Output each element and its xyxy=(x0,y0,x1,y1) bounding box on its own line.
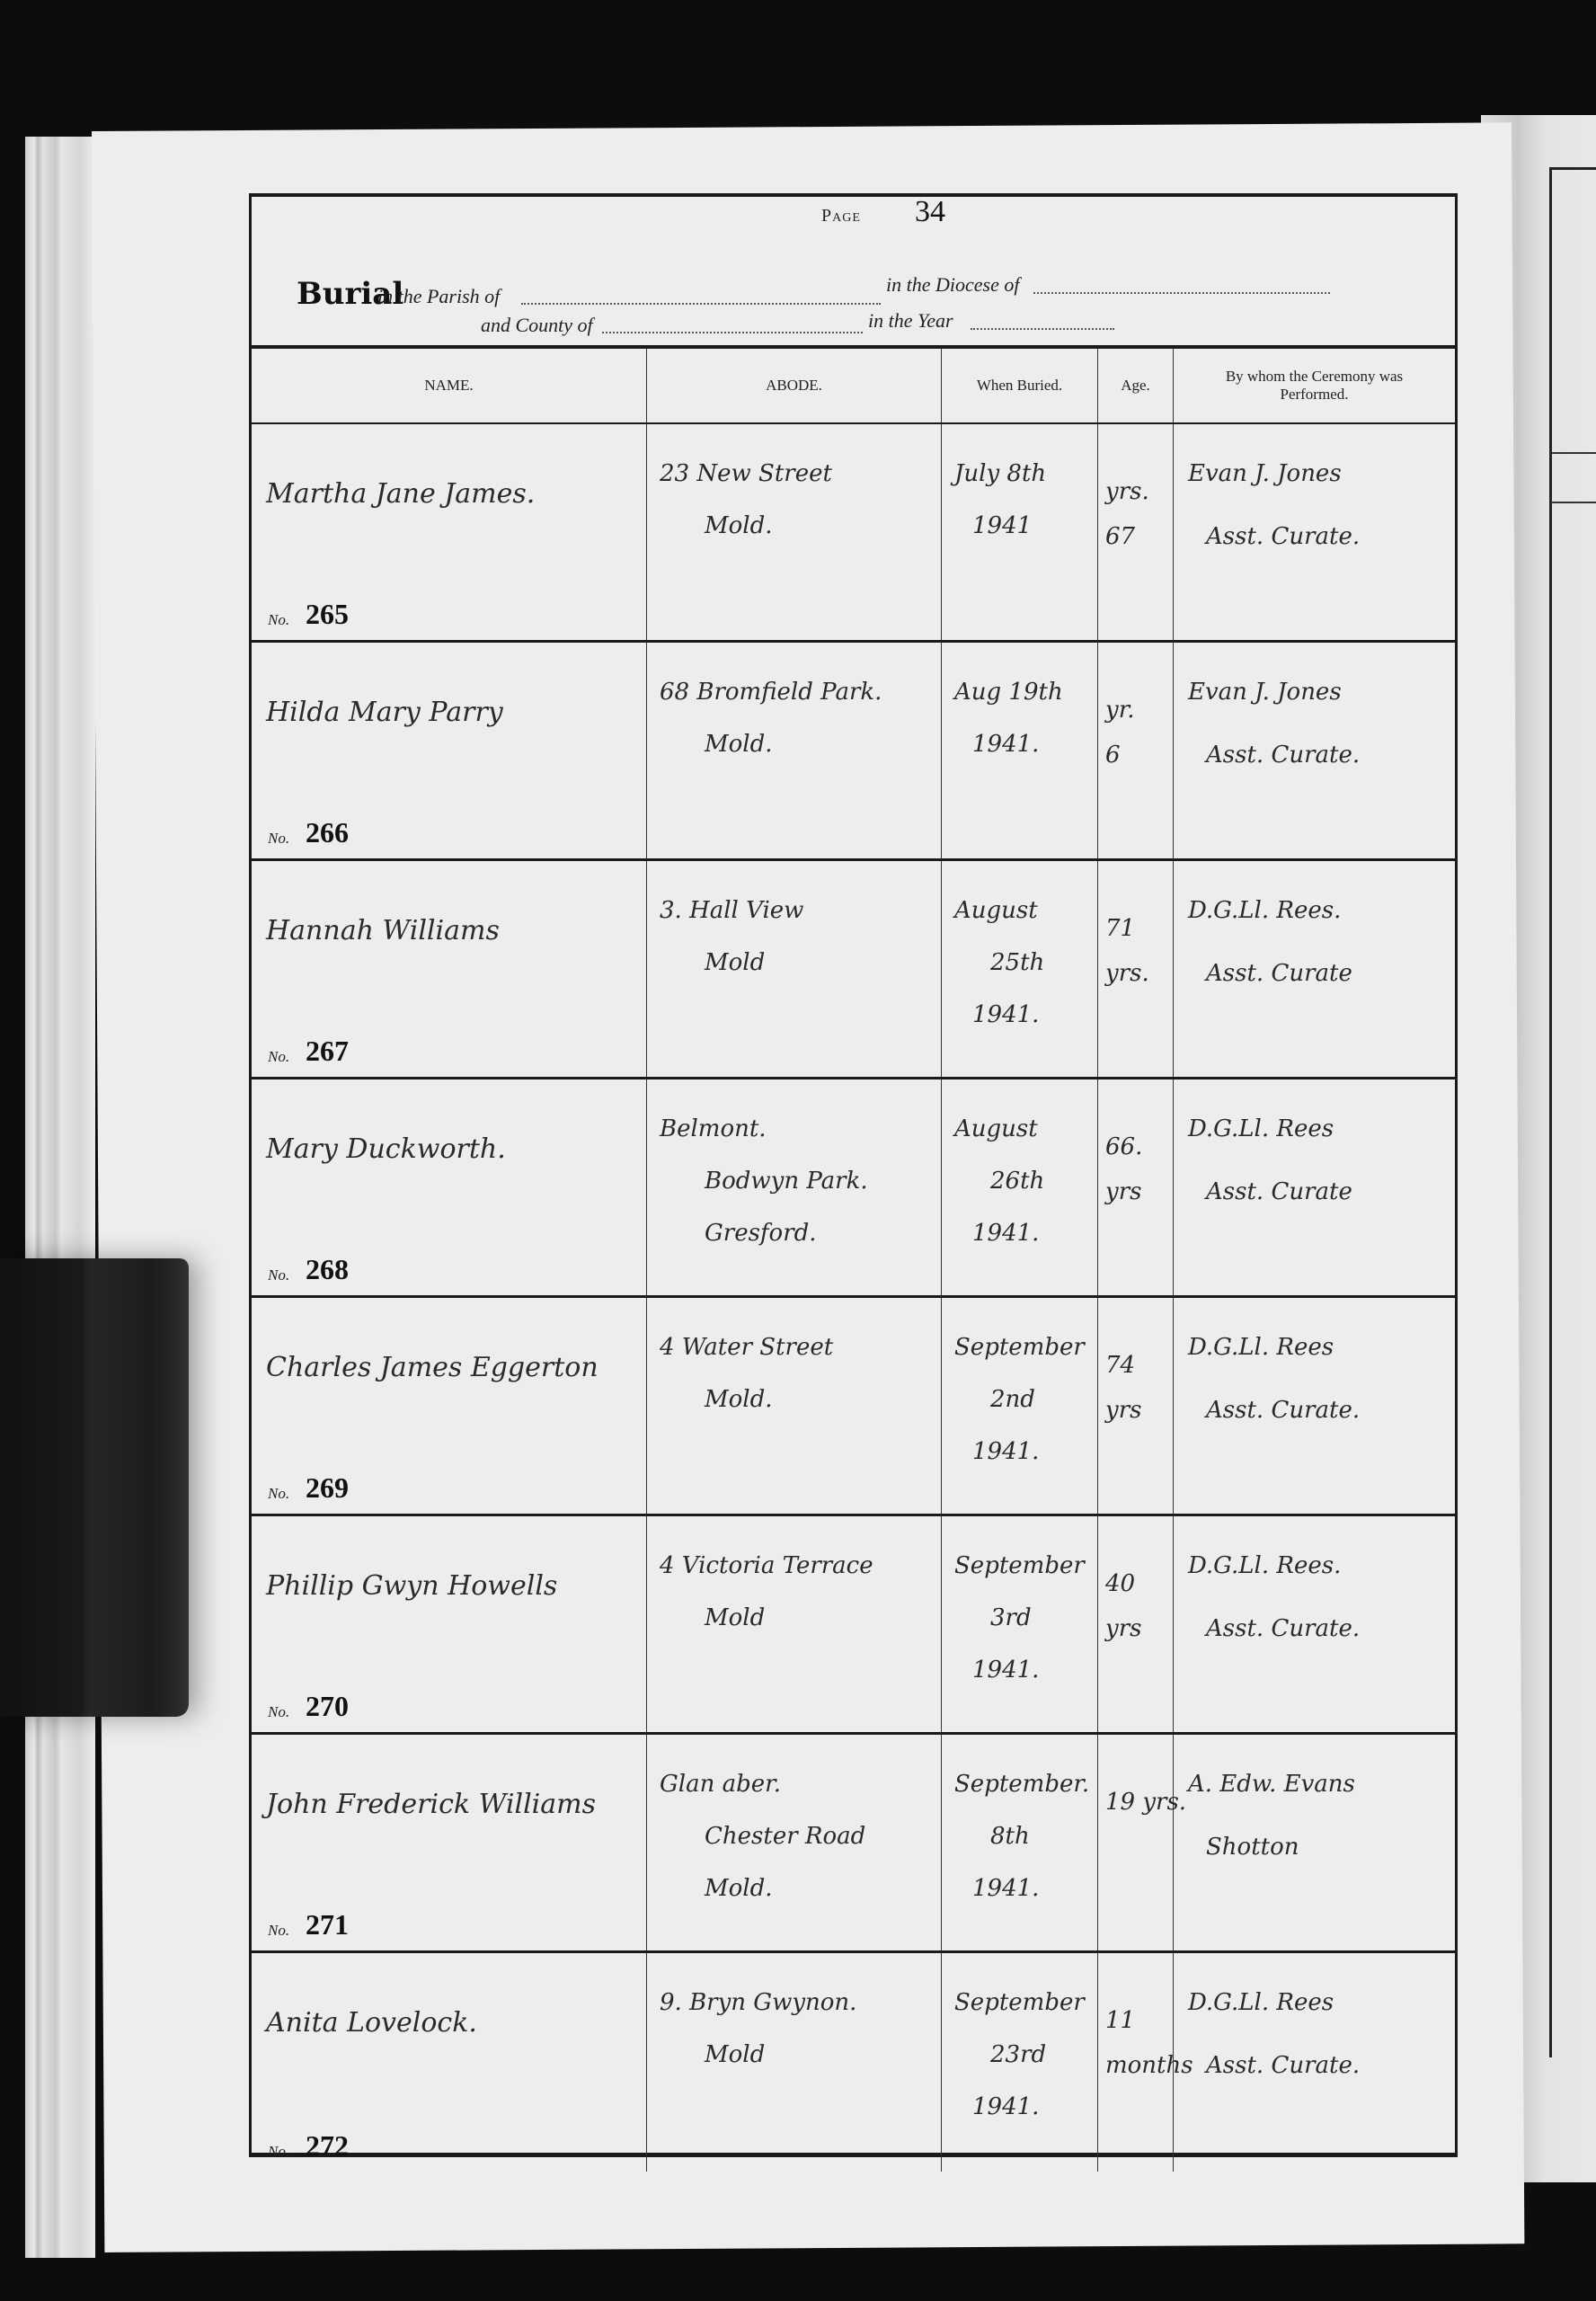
entry-number: 267 xyxy=(306,1035,349,1068)
parish-blank xyxy=(521,303,881,305)
abode-line: Bodwyn Park. xyxy=(705,1168,868,1195)
officiant-line: D.G.Ll. Rees. xyxy=(1188,1552,1341,1579)
abode-cell: Glan aber.Chester RoadMold. xyxy=(647,1735,942,1950)
abode-line: 4 Water Street xyxy=(660,1334,833,1361)
deceased-name: Anita Lovelock. xyxy=(266,2007,477,2039)
age-cell: 74yrs xyxy=(1098,1298,1174,1514)
abode-line: 9. Bryn Gwynon. xyxy=(660,1989,856,2016)
abode-line: 68 Bromfield Park. xyxy=(660,679,882,706)
burial-date-line: 1941. xyxy=(972,731,1039,758)
age-line: 40 xyxy=(1105,1570,1135,1597)
ceremony-cell: Evan J. JonesAsst. Curate. xyxy=(1174,643,1455,858)
ceremony-cell: D.G.Ll. ReesAsst. Curate. xyxy=(1174,1953,1455,2172)
officiant-line: D.G.Ll. Rees. xyxy=(1188,897,1341,924)
age-cell: yrs.67 xyxy=(1098,424,1174,640)
abode-line: 3. Hall View xyxy=(660,897,803,924)
officiant-line: Evan J. Jones xyxy=(1188,460,1342,487)
entry-number: 270 xyxy=(306,1690,349,1723)
officiant-line: Evan J. Jones xyxy=(1188,679,1342,706)
entry-number-label: No. xyxy=(268,1703,289,1721)
table-row: Martha Jane James.No.26523 New StreetMol… xyxy=(252,424,1455,643)
bookmark-ribbon xyxy=(0,1258,189,1717)
burial-date-line: August xyxy=(954,1115,1038,1142)
burial-date-line: September xyxy=(954,1989,1085,2016)
abode-line: Mold. xyxy=(705,512,773,539)
deceased-name: Martha Jane James. xyxy=(266,478,535,510)
officiant-line: Asst. Curate. xyxy=(1206,523,1360,550)
facing-page-rule xyxy=(1551,502,1596,503)
page-number: 34 xyxy=(915,195,945,229)
age-line: yrs xyxy=(1105,1397,1141,1424)
burial-date-line: 26th xyxy=(990,1168,1044,1195)
abode-line: Mold xyxy=(705,1604,765,1631)
register-header: Page 34 Burial in the Parish of in the D… xyxy=(252,197,1455,359)
age-line: yr. xyxy=(1105,697,1135,724)
age-line: yrs xyxy=(1105,1178,1141,1205)
year-blank xyxy=(971,328,1114,330)
when-buried-cell: Aug 19th1941. xyxy=(942,643,1098,858)
ceremony-cell: D.G.Ll. ReesAsst. Curate. xyxy=(1174,1298,1455,1514)
abode-line: Chester Road xyxy=(705,1823,865,1850)
deceased-name: Hannah Williams xyxy=(266,915,500,946)
burial-date-line: August xyxy=(954,897,1038,924)
column-header-ceremony: By whom the Ceremony was Performed. xyxy=(1174,349,1455,422)
column-header-when-buried: When Buried. xyxy=(942,349,1098,422)
burial-date-line: 25th xyxy=(990,949,1044,976)
age-line: 71 xyxy=(1105,915,1135,942)
burial-date-line: 23rd xyxy=(990,2041,1046,2068)
burial-date-line: September xyxy=(954,1552,1085,1579)
ceremony-cell: D.G.Ll. Rees.Asst. Curate. xyxy=(1174,1516,1455,1732)
officiant-line: Asst. Curate xyxy=(1206,1178,1352,1205)
column-headers: NAME. ABODE. When Buried. Age. By whom t… xyxy=(252,345,1455,424)
ceremony-cell: A. Edw. EvansShotton xyxy=(1174,1735,1455,1950)
burial-date-line: 1941. xyxy=(972,1657,1039,1684)
entry-number: 272 xyxy=(306,2129,349,2163)
age-line: yrs. xyxy=(1105,478,1149,505)
burial-date-line: 3rd xyxy=(990,1604,1032,1631)
when-buried-cell: August25th1941. xyxy=(942,861,1098,1077)
abode-cell: 4 Victoria TerraceMold xyxy=(647,1516,942,1732)
deceased-name: John Frederick Williams xyxy=(266,1789,596,1820)
county-label: and County of xyxy=(481,314,593,337)
name-cell: John Frederick WilliamsNo.271 xyxy=(252,1735,647,1950)
burial-date-line: 1941 xyxy=(972,512,1032,539)
entry-number-label: No. xyxy=(268,2143,289,2161)
age-line: 66. xyxy=(1105,1133,1142,1160)
abode-line: Glan aber. xyxy=(660,1771,781,1798)
entry-number-label: No. xyxy=(268,1266,289,1284)
burial-date-line: July 8th xyxy=(954,460,1046,487)
when-buried-cell: August26th1941. xyxy=(942,1079,1098,1295)
deceased-name: Phillip Gwyn Howells xyxy=(266,1570,557,1602)
deceased-name: Mary Duckworth. xyxy=(266,1133,506,1165)
abode-line: Mold xyxy=(705,949,765,976)
age-line: 11 xyxy=(1105,2007,1135,2034)
name-cell: Hannah WilliamsNo.267 xyxy=(252,861,647,1077)
facing-page-frame xyxy=(1549,167,1596,2057)
facing-page-rule xyxy=(1551,452,1596,454)
entry-number: 265 xyxy=(306,598,349,631)
officiant-line: Asst. Curate. xyxy=(1206,742,1360,768)
page-label: Page xyxy=(821,206,861,227)
book-spine-edge xyxy=(25,137,95,2258)
abode-line: Belmont. xyxy=(660,1115,767,1142)
ceremony-cell: D.G.Ll. Rees.Asst. Curate xyxy=(1174,861,1455,1077)
when-buried-cell: July 8th1941 xyxy=(942,424,1098,640)
entry-number-label: No. xyxy=(268,1485,289,1503)
abode-cell: 3. Hall ViewMold xyxy=(647,861,942,1077)
age-cell: 66.yrs xyxy=(1098,1079,1174,1295)
name-cell: Hilda Mary ParryNo.266 xyxy=(252,643,647,858)
burial-date-line: September xyxy=(954,1334,1085,1361)
name-cell: Mary Duckworth.No.268 xyxy=(252,1079,647,1295)
age-line: 67 xyxy=(1105,523,1135,550)
age-cell: 19 yrs. xyxy=(1098,1735,1174,1950)
when-buried-cell: September2nd1941. xyxy=(942,1298,1098,1514)
age-cell: 40yrs xyxy=(1098,1516,1174,1732)
name-cell: Anita Lovelock.No.272 xyxy=(252,1953,647,2172)
abode-line: Mold. xyxy=(705,1386,773,1413)
abode-line: 4 Victoria Terrace xyxy=(660,1552,873,1579)
entry-number-label: No. xyxy=(268,1922,289,1940)
burial-date-line: 1941. xyxy=(972,1220,1039,1247)
abode-line: Mold. xyxy=(705,1875,773,1902)
when-buried-cell: September3rd1941. xyxy=(942,1516,1098,1732)
table-row: Hilda Mary ParryNo.26668 Bromfield Park.… xyxy=(252,643,1455,861)
diocese-label: in the Diocese of xyxy=(886,273,1019,297)
officiant-line: D.G.Ll. Rees xyxy=(1188,1334,1334,1361)
diocese-blank xyxy=(1033,292,1330,294)
burial-date-line: Aug 19th xyxy=(954,679,1063,706)
age-line: yrs. xyxy=(1105,960,1149,987)
entry-number: 269 xyxy=(306,1471,349,1505)
ceremony-cell: Evan J. JonesAsst. Curate. xyxy=(1174,424,1455,640)
table-row: Anita Lovelock.No.2729. Bryn Gwynon.Mold… xyxy=(252,1953,1455,2172)
burial-date-line: 1941. xyxy=(972,1438,1039,1465)
age-line: 74 xyxy=(1105,1352,1135,1379)
officiant-line: Asst. Curate. xyxy=(1206,1397,1360,1424)
age-line: 6 xyxy=(1105,742,1121,768)
entry-number-label: No. xyxy=(268,1048,289,1066)
year-label: in the Year xyxy=(868,309,953,333)
abode-cell: 23 New StreetMold. xyxy=(647,424,942,640)
ceremony-cell: D.G.Ll. ReesAsst. Curate xyxy=(1174,1079,1455,1295)
burial-date-line: 1941. xyxy=(972,1001,1039,1028)
burial-register-table: Page 34 Burial in the Parish of in the D… xyxy=(249,193,1458,2157)
table-row: Charles James EggertonNo.2694 Water Stre… xyxy=(252,1298,1455,1516)
name-cell: Charles James EggertonNo.269 xyxy=(252,1298,647,1514)
abode-line: Mold xyxy=(705,2041,765,2068)
officiant-line: Asst. Curate xyxy=(1206,960,1352,987)
officiant-line: D.G.Ll. Rees xyxy=(1188,1115,1334,1142)
abode-cell: 9. Bryn Gwynon.Mold xyxy=(647,1953,942,2172)
table-row: John Frederick WilliamsNo.271Glan aber.C… xyxy=(252,1735,1455,1953)
abode-line: Mold. xyxy=(705,731,773,758)
burial-date-line: 1941. xyxy=(972,1875,1039,1902)
when-buried-cell: September.8th1941. xyxy=(942,1735,1098,1950)
age-cell: 71yrs. xyxy=(1098,861,1174,1077)
burial-date-line: 8th xyxy=(990,1823,1030,1850)
officiant-line: Asst. Curate. xyxy=(1206,1615,1360,1642)
age-line: yrs xyxy=(1105,1615,1141,1642)
abode-cell: 4 Water StreetMold. xyxy=(647,1298,942,1514)
officiant-line: D.G.Ll. Rees xyxy=(1188,1989,1334,2016)
entry-number: 268 xyxy=(306,1253,349,1286)
abode-line: Gresford. xyxy=(705,1220,817,1247)
age-cell: yr.6 xyxy=(1098,643,1174,858)
column-header-abode: ABODE. xyxy=(647,349,942,422)
name-cell: Martha Jane James.No.265 xyxy=(252,424,647,640)
column-header-age: Age. xyxy=(1098,349,1174,422)
burial-date-line: September. xyxy=(954,1771,1089,1798)
name-cell: Phillip Gwyn HowellsNo.270 xyxy=(252,1516,647,1732)
table-row: Mary Duckworth.No.268Belmont.Bodwyn Park… xyxy=(252,1079,1455,1298)
deceased-name: Hilda Mary Parry xyxy=(266,697,503,728)
table-row: Phillip Gwyn HowellsNo.2704 Victoria Ter… xyxy=(252,1516,1455,1735)
age-cell: 11months xyxy=(1098,1953,1174,2172)
abode-cell: 68 Bromfield Park.Mold. xyxy=(647,643,942,858)
entry-number: 266 xyxy=(306,816,349,849)
column-header-name: NAME. xyxy=(252,349,647,422)
deceased-name: Charles James Eggerton xyxy=(266,1352,598,1383)
table-row: Hannah WilliamsNo.2673. Hall ViewMoldAug… xyxy=(252,861,1455,1079)
burial-date-line: 1941. xyxy=(972,2093,1039,2120)
officiant-line: Shotton xyxy=(1206,1834,1299,1861)
parish-label: in the Parish of xyxy=(377,285,500,308)
when-buried-cell: September23rd1941. xyxy=(942,1953,1098,2172)
burial-date-line: 2nd xyxy=(990,1386,1035,1413)
abode-cell: Belmont.Bodwyn Park.Gresford. xyxy=(647,1079,942,1295)
county-blank xyxy=(602,332,863,333)
officiant-line: Asst. Curate. xyxy=(1206,2052,1360,2079)
entry-number-label: No. xyxy=(268,611,289,629)
officiant-line: A. Edw. Evans xyxy=(1188,1771,1355,1798)
abode-line: 23 New Street xyxy=(660,460,832,487)
entry-number: 271 xyxy=(306,1908,349,1941)
entry-number-label: No. xyxy=(268,830,289,848)
